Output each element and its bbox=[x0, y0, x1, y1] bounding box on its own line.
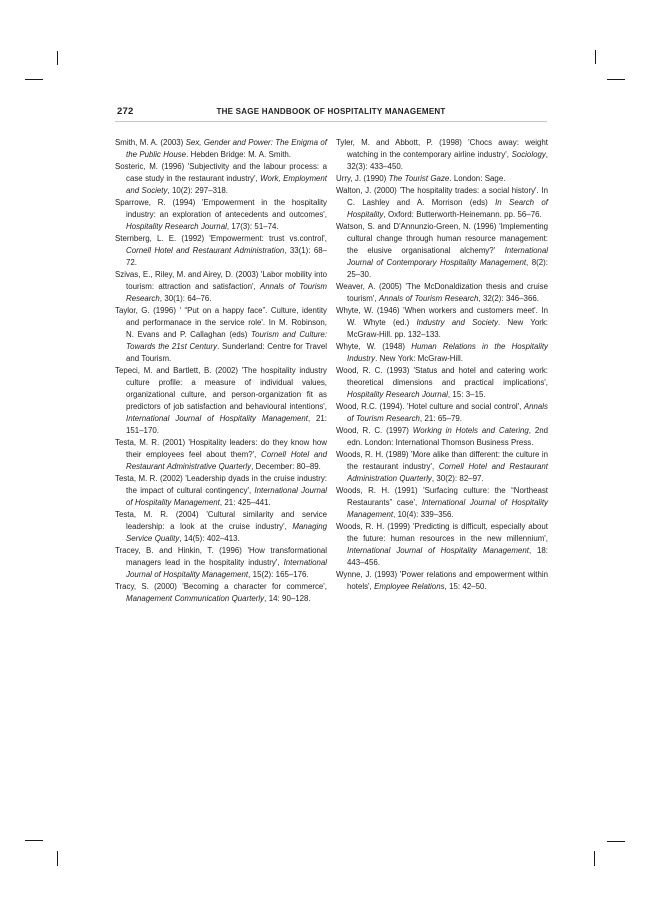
reference-entry: Wood, R.C. (1994). 'Hotel culture and so… bbox=[336, 401, 548, 425]
reference-entry: Testa, M. R. (2001) 'Hospitality leaders… bbox=[115, 437, 327, 473]
reference-text: , 10(4): 339–356. bbox=[393, 510, 454, 519]
reference-text: Wood, R.C. (1994). 'Hotel culture and so… bbox=[336, 402, 524, 411]
crop-mark-top-right-vertical bbox=[595, 50, 596, 64]
reference-title-italic: Employee Relations bbox=[374, 582, 444, 591]
reference-title-italic: Hospitality Research Journal bbox=[126, 222, 227, 231]
reference-title-italic: Cornell Hotel and Restaurant Administrat… bbox=[126, 246, 284, 255]
reference-text: Wood, R. C. (1997) bbox=[336, 426, 413, 435]
reference-text: , 15(2): 165–176. bbox=[248, 570, 309, 579]
reference-text: , 32(2): 346–366. bbox=[478, 294, 539, 303]
reference-entry: Testa, M. R. (2002) 'Leadership dyads in… bbox=[115, 473, 327, 509]
reference-text: Tracy, S. (2000) 'Becoming a character f… bbox=[115, 582, 327, 591]
reference-text: Whyte, W. (1948) bbox=[336, 342, 411, 351]
reference-text: , 21: 65–79. bbox=[420, 414, 462, 423]
reference-text: Sparrowe, R. (1994) 'Empowerment in the … bbox=[115, 198, 327, 219]
reference-entry: Smith, M. A. (2003) Sex, Gender and Powe… bbox=[115, 137, 327, 161]
reference-column-left: Smith, M. A. (2003) Sex, Gender and Powe… bbox=[115, 137, 327, 605]
reference-entry: Testa, M. R. (2004) 'Cultural similarity… bbox=[115, 509, 327, 545]
reference-entry: Whyte, W. (1948) Human Relations in the … bbox=[336, 341, 548, 365]
reference-text: , 21: 425–441. bbox=[220, 498, 271, 507]
reference-entry: Woods, R. H. (1989) 'More alike than dif… bbox=[336, 449, 548, 485]
reference-text: . London: Sage. bbox=[449, 174, 505, 183]
reference-entry: Tyler, M. and Abbott, P. (1998) 'Chocs a… bbox=[336, 137, 548, 173]
header-rule bbox=[115, 121, 547, 122]
reference-entry: Sparrowe, R. (1994) 'Empowerment in the … bbox=[115, 197, 327, 233]
reference-text: Smith, M. A. (2003) bbox=[115, 138, 186, 147]
crop-mark-bottom-left-vertical bbox=[57, 851, 58, 866]
reference-title-italic: Annals of Tourism Research bbox=[379, 294, 478, 303]
crop-mark-bottom-right-horizontal bbox=[607, 841, 625, 842]
reference-entry: Sternberg, L. E. (1992) 'Empowerment: tr… bbox=[115, 233, 327, 269]
reference-entry: Tracy, S. (2000) 'Becoming a character f… bbox=[115, 581, 327, 605]
reference-entry: Tracey, B. and Hinkin, T. (1996) 'How tr… bbox=[115, 545, 327, 581]
reference-title-italic: Industry and Society bbox=[416, 318, 498, 327]
reference-entry: Taylor, G. (1996) ' “Put on a happy face… bbox=[115, 305, 327, 365]
reference-text: Wood, R. C. (1993) 'Status and hotel and… bbox=[336, 366, 548, 387]
reference-entry: Woods, R. H. (1999) 'Predicting is diffi… bbox=[336, 521, 548, 569]
reference-entry: Wood, R. C. (1993) 'Status and hotel and… bbox=[336, 365, 548, 401]
reference-entry: Walton, J. (2000) 'The hospitality trade… bbox=[336, 185, 548, 221]
reference-title-italic: Hospitality Research Journal bbox=[347, 390, 448, 399]
reference-text: , 30(1): 64–76. bbox=[160, 294, 212, 303]
reference-entry: Weaver, A. (2005) 'The McDonaldization t… bbox=[336, 281, 548, 305]
reference-text: . New York: McGraw-Hill. bbox=[375, 354, 463, 363]
reference-text: Woods, R. H. (1999) 'Predicting is diffi… bbox=[336, 522, 548, 543]
reference-text: , 14: 90–128. bbox=[264, 594, 310, 603]
reference-text: Sternberg, L. E. (1992) 'Empowerment: tr… bbox=[115, 234, 327, 243]
crop-mark-top-right-horizontal bbox=[607, 79, 625, 80]
reference-text: , 15: 3–15. bbox=[448, 390, 486, 399]
book-page: 272 THE SAGE HANDBOOK OF HOSPITALITY MAN… bbox=[0, 0, 650, 920]
crop-mark-top-left-vertical bbox=[57, 51, 58, 65]
reference-title-italic: Sociology bbox=[512, 150, 546, 159]
reference-text: , December: 80–89. bbox=[251, 462, 321, 471]
reference-title-italic: Working in Hotels and Catering bbox=[413, 426, 529, 435]
running-title: THE SAGE HANDBOOK OF HOSPITALITY MANAGEM… bbox=[115, 106, 547, 116]
reference-title-italic: Management Communication Quarterly bbox=[126, 594, 264, 603]
reference-entry: Wynne, J. (1993) 'Power relations and em… bbox=[336, 569, 548, 593]
reference-title-italic: International Journal of Hospitality Man… bbox=[347, 546, 529, 555]
page-header: 272 THE SAGE HANDBOOK OF HOSPITALITY MAN… bbox=[115, 106, 547, 119]
reference-text: . Hebden Bridge: M. A. Smith. bbox=[186, 150, 291, 159]
crop-mark-bottom-left-horizontal bbox=[25, 840, 43, 841]
reference-text: , 17(3): 51–74. bbox=[227, 222, 279, 231]
reference-text: Urry, J. (1990) bbox=[336, 174, 389, 183]
reference-text: , 30(2): 82–97. bbox=[432, 474, 484, 483]
reference-entry: Watson, S. and D'Annunzio-Green, N. (199… bbox=[336, 221, 548, 281]
reference-text: , 14(5): 402–413. bbox=[179, 534, 240, 543]
crop-mark-top-left-horizontal bbox=[25, 79, 43, 80]
reference-entry: Urry, J. (1990) The Tourist Gaze. London… bbox=[336, 173, 548, 185]
reference-text: , Oxford: Butterworth-Heinemann. pp. 56–… bbox=[383, 210, 541, 219]
reference-entry: Szivas, E., Riley, M. and Airey, D. (200… bbox=[115, 269, 327, 305]
reference-columns: Smith, M. A. (2003) Sex, Gender and Powe… bbox=[115, 137, 548, 605]
reference-text: , 15: 42–50. bbox=[445, 582, 487, 591]
reference-entry: Woods, R. H. (1991) 'Surfacing culture: … bbox=[336, 485, 548, 521]
reference-entry: Whyte, W. (1946) 'When workers and custo… bbox=[336, 305, 548, 341]
reference-text: Tepeci, M. and Bartlett, B. (2002) 'The … bbox=[115, 366, 327, 411]
reference-title-italic: The Tourist Gaze bbox=[389, 174, 450, 183]
reference-entry: Wood, R. C. (1997) Working in Hotels and… bbox=[336, 425, 548, 449]
reference-title-italic: International Journal of Hospitality Man… bbox=[126, 414, 308, 423]
reference-text: , 10(2): 297–318. bbox=[167, 186, 228, 195]
reference-entry: Sosteric, M. (1996) 'Subjectivity and th… bbox=[115, 161, 327, 197]
reference-column-right: Tyler, M. and Abbott, P. (1998) 'Chocs a… bbox=[336, 137, 548, 605]
reference-entry: Tepeci, M. and Bartlett, B. (2002) 'The … bbox=[115, 365, 327, 437]
crop-mark-bottom-right-vertical bbox=[594, 851, 595, 866]
page-number: 272 bbox=[117, 106, 133, 117]
